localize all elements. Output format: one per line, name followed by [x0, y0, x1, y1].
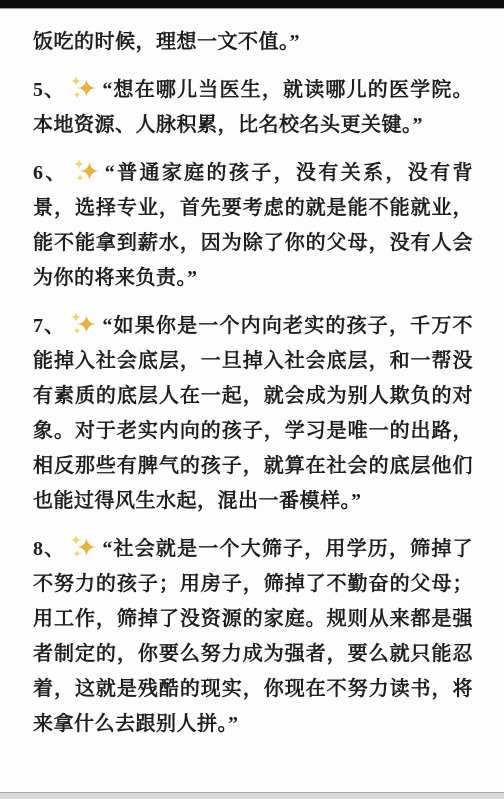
quote-list: 饭吃的时候，理想一文不值。” 5、“想在哪儿当医生，就读哪儿的医学院。本地资源、… [0, 9, 504, 742]
item-text: “想在哪儿当医生，就读哪儿的医学院。本地资源、人脉积累，比名校名头更关键。” [33, 79, 473, 136]
item-number: 7、 [33, 315, 65, 337]
screenshot-page: 饭吃的时候，理想一文不值。” 5、“想在哪儿当医生，就读哪儿的医学院。本地资源、… [0, 0, 504, 799]
item-text: “普通家庭的孩子，没有关系，没有背景，选择专业，首先要考虑的就是能不能就业，能不… [33, 162, 473, 289]
list-item: 8、“社会就是一个大筛子，用学历，筛掉了不努力的孩子；用房子，筛掉了不勤奋的父母… [33, 532, 473, 742]
item-number: 5、 [33, 79, 65, 101]
item-text: “社会就是一个大筛子，用学历，筛掉了不努力的孩子；用房子，筛掉了不勤奋的父母；用… [33, 538, 473, 735]
intro-text: 饭吃的时候，理想一文不值。” [33, 25, 473, 60]
list-item: 6、“普通家庭的孩子，没有关系，没有背景，选择专业，首先要考虑的就是能不能就业，… [33, 156, 473, 296]
list-item: 5、“想在哪儿当医生，就读哪儿的医学院。本地资源、人脉积累，比名校名头更关键。” [33, 73, 473, 143]
sparkles-icon [70, 534, 96, 560]
item-text: “如果你是一个内向老实的孩子，千万不能掉入社会底层，一旦掉入社会底层，和一帮没有… [33, 315, 473, 512]
item-number: 6、 [33, 162, 68, 184]
list-item: 7、“如果你是一个内向老实的孩子，千万不能掉入社会底层，一旦掉入社会底层，和一帮… [33, 309, 473, 519]
sparkles-icon [70, 311, 96, 337]
sparkles-icon [70, 75, 96, 101]
bottom-letterbox-bar [0, 792, 504, 799]
sparkles-icon [73, 158, 99, 184]
item-number: 8、 [33, 538, 65, 560]
top-letterbox-bar [0, 0, 504, 9]
